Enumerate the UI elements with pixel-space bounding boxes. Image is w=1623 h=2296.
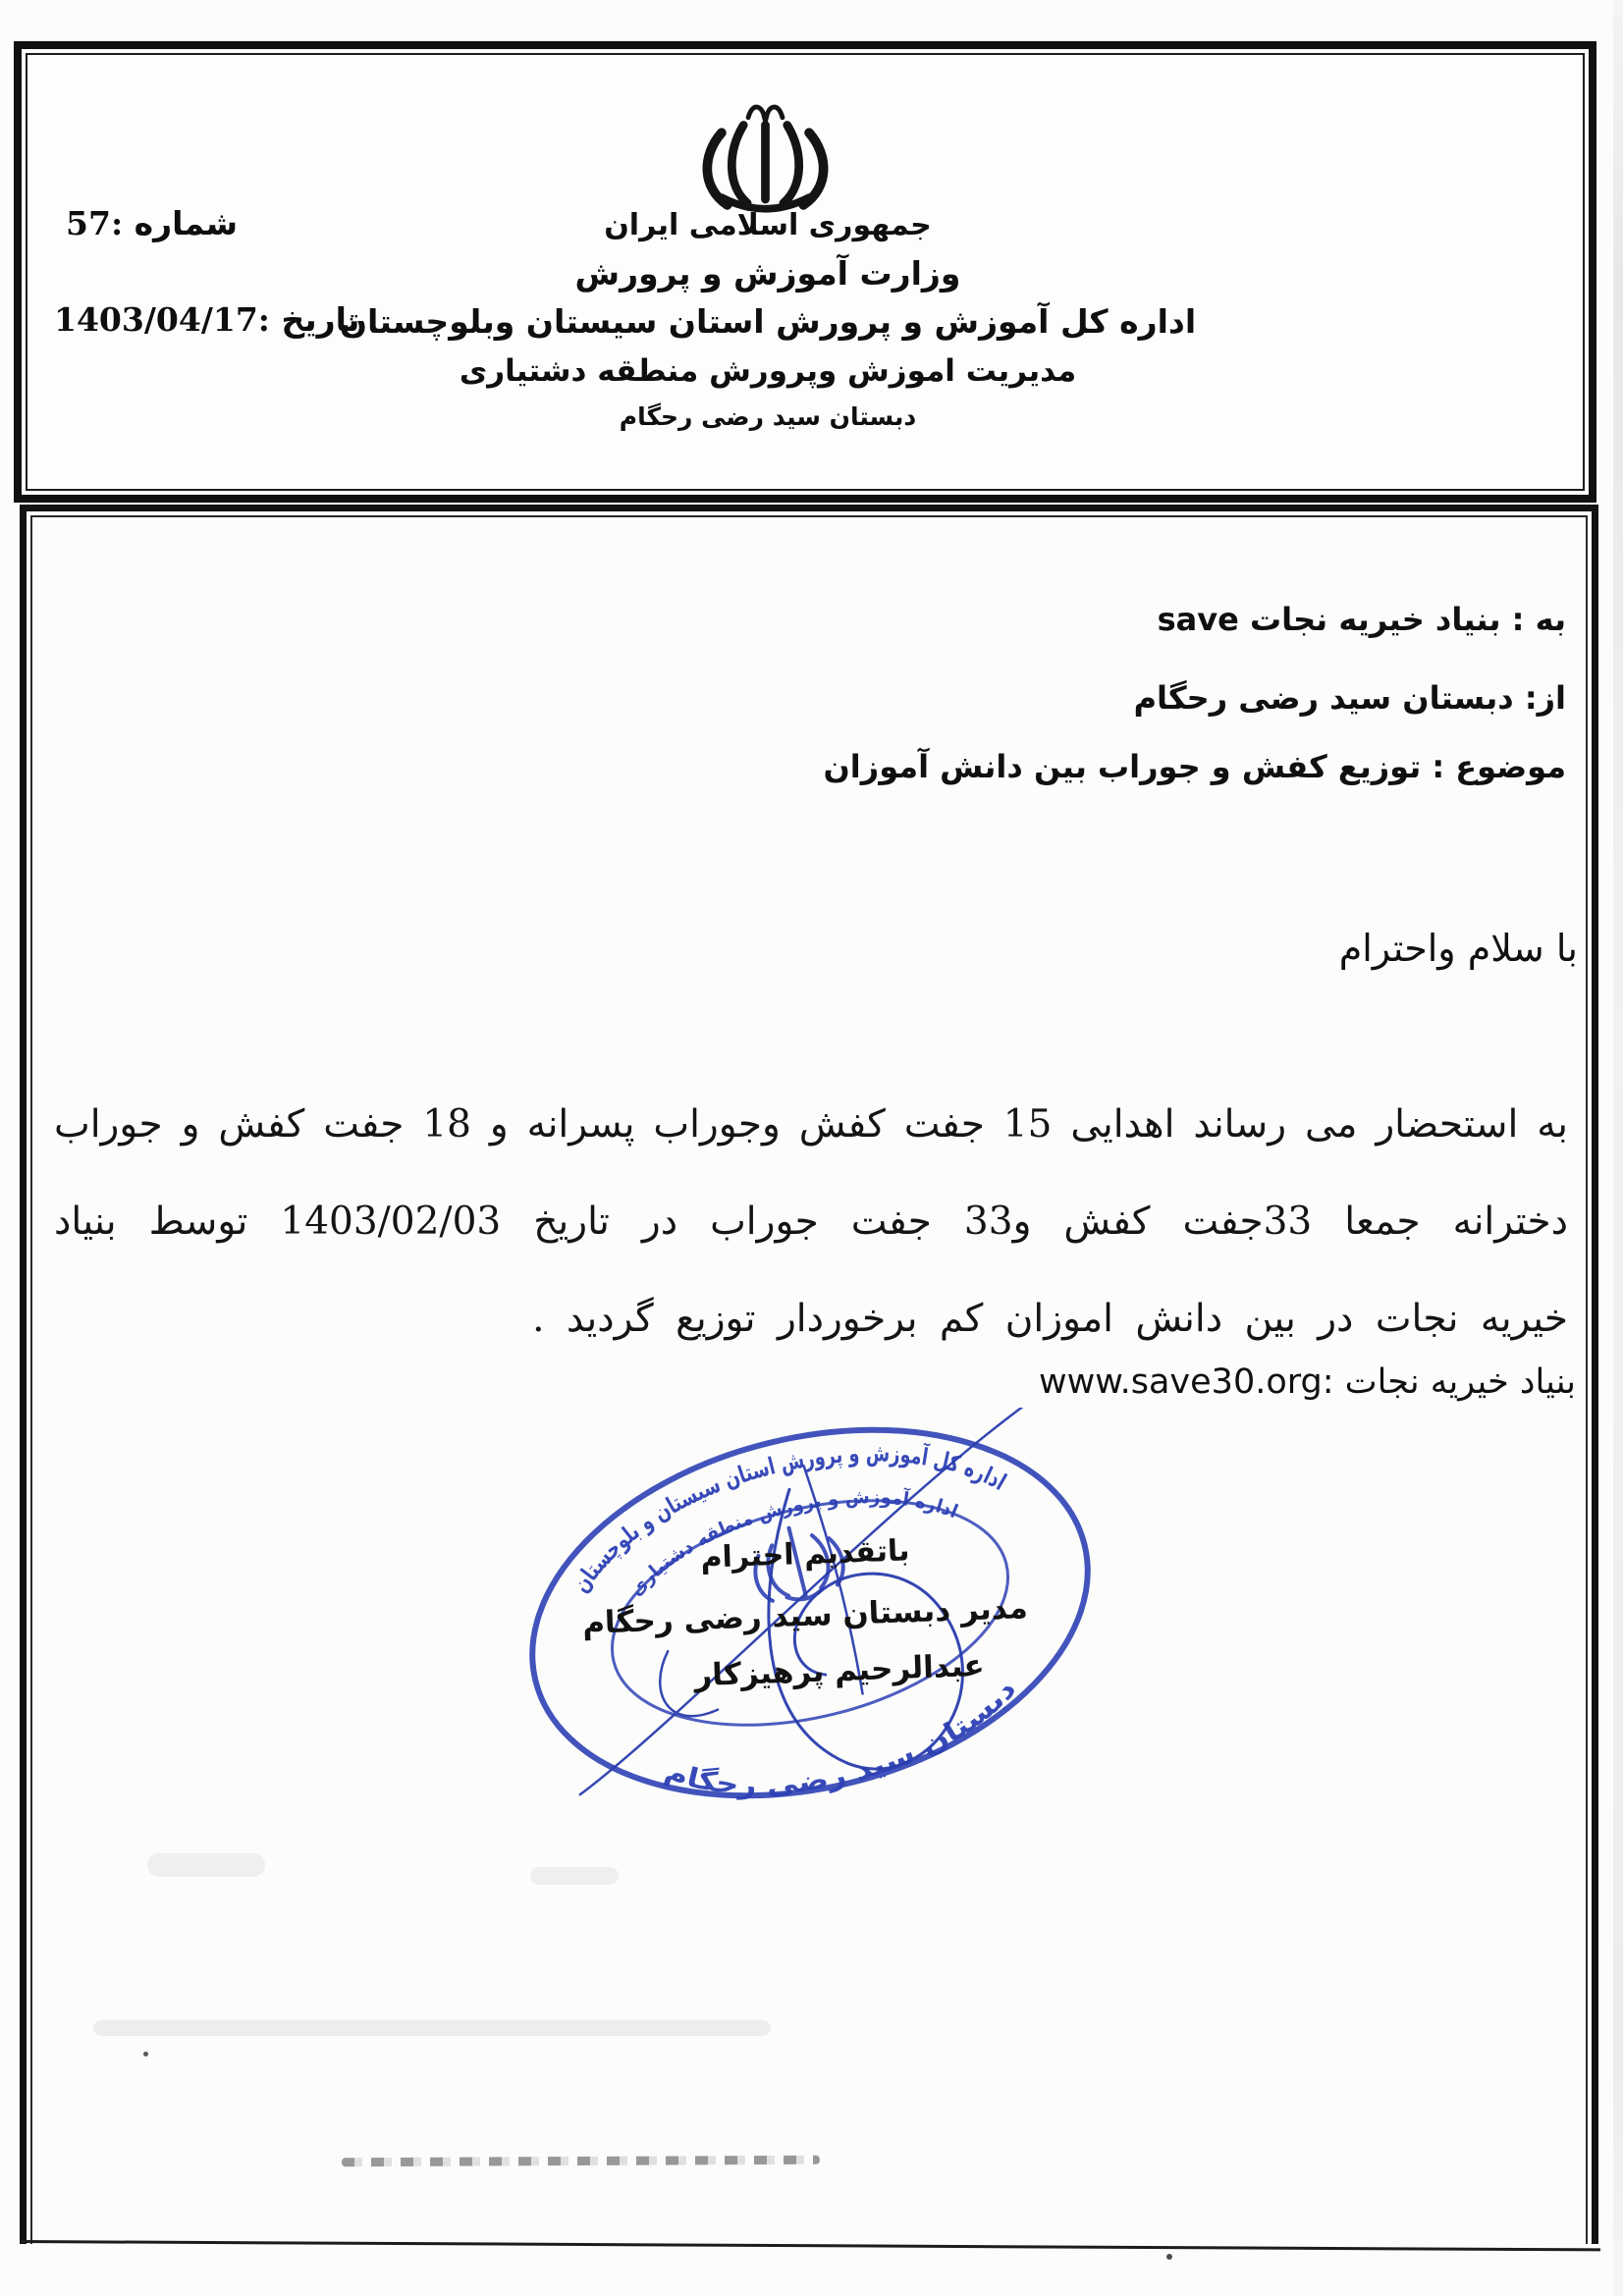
letter-body-paragraph: به استحضار می رساند اهدایی 15 جفت کفش وج… <box>54 1076 1568 1367</box>
body-line-3: خیریه نجات در بین دانش اموزان کم برخوردا… <box>54 1270 1568 1367</box>
body-line-1: به استحضار می رساند اهدایی 15 جفت کفش وج… <box>54 1076 1568 1173</box>
scan-speck <box>1166 2254 1172 2260</box>
scan-edge-shadow <box>1613 0 1623 2296</box>
body-line-2: دخترانه جمعا 33جفت کفش و33 جفت جوراب در … <box>54 1173 1568 1270</box>
scanned-letter-page: جمهوری اسلامی ایران وزارت آموزش و پرورش … <box>0 0 1623 2296</box>
scan-smudge <box>530 1867 619 1885</box>
letterhead-country: جمهوری اسلامی ایران <box>159 202 1377 249</box>
letter-number: شماره :57 <box>66 204 238 242</box>
letter-from-line: از: دبستان سید رضی رحگام <box>1134 679 1566 717</box>
letterhead-box: جمهوری اسلامی ایران وزارت آموزش و پرورش … <box>14 41 1596 503</box>
letter-date: تاریخ :1403/04/17 <box>54 300 359 339</box>
letterhead-ministry: وزارت آموزش و پرورش <box>159 249 1377 297</box>
scan-smudge <box>147 1853 265 1877</box>
charity-website-line: بنیاد خیریه نجات :www.save30.org <box>1039 1362 1576 1402</box>
scan-smudge-band <box>93 2020 771 2036</box>
scan-speck <box>143 2052 148 2056</box>
letter-to-line: به : بنیاد خیریه نجات save <box>1158 601 1566 638</box>
letterhead-school-name: دبستان سید رضی رحگام <box>159 396 1377 439</box>
letter-subject-line: موضوع : توزیع کفش و جوراب بین دانش آموزا… <box>823 748 1566 785</box>
letter-salutation: با سلام واحترام <box>1339 927 1578 970</box>
letterhead-district-office: مدیریت اموزش وپرورش منطقه دشتیاری <box>159 347 1377 396</box>
